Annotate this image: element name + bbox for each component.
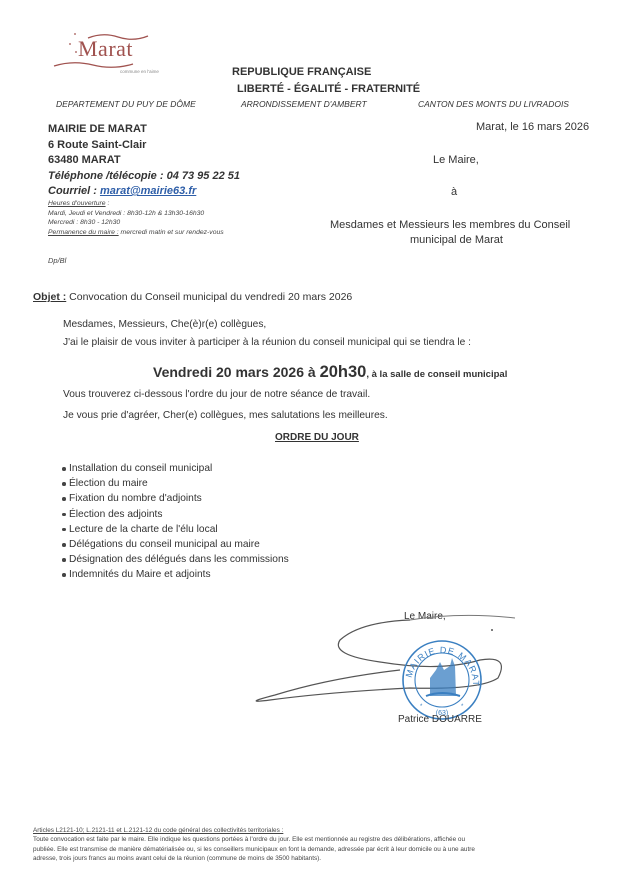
- republic-motto: LIBERTÉ - ÉGALITÉ - FRATERNITÉ: [237, 83, 420, 95]
- sender-city: 63480 MARAT: [48, 153, 240, 169]
- agenda-item: Fixation du nombre d'adjoints: [62, 491, 289, 506]
- legal-line-2: publiée. Elle est transmise de manière d…: [33, 845, 475, 854]
- greeting: Mesdames, Messieurs, Che(è)r(e) collègue…: [63, 319, 266, 330]
- sender-block: MAIRIE DE MARAT 6 Route Saint-Clair 6348…: [48, 122, 240, 200]
- recipient-line-1: Mesdames et Messieurs les membres du Con…: [330, 219, 570, 231]
- republic-title: REPUBLIQUE FRANÇAISE: [232, 66, 371, 78]
- meeting-time: 20h30: [320, 363, 367, 381]
- agenda-item: Désignation des délégués dans les commis…: [62, 552, 289, 567]
- agenda-item: Installation du conseil municipal: [62, 461, 289, 476]
- agenda-item: Indemnités du Maire et adjoints: [62, 567, 289, 582]
- legal-reference: Articles L2121-10; L.2121-11 et L.2121-1…: [33, 826, 475, 835]
- permanence-line: Permanence du maire : mercredi matin et …: [48, 228, 224, 238]
- sender-phone: Téléphone /télécopie : 04 73 95 22 51: [48, 169, 240, 185]
- place-date: Marat, le 16 mars 2026: [476, 121, 589, 133]
- subject-line: Objet : Convocation du Conseil municipal…: [33, 291, 352, 303]
- permanence-label: Permanence du maire :: [48, 229, 119, 236]
- permanence-value: mercredi matin et sur rendez-vous: [119, 229, 224, 236]
- to-word: à: [451, 186, 457, 198]
- mayor-name: Patrice DOUARRE: [398, 714, 482, 725]
- sender-name: MAIRIE DE MARAT: [48, 122, 240, 138]
- official-stamp-icon: MAIRIE DE MARAT (63) * *: [400, 638, 484, 722]
- phone-label: Téléphone /télécopie :: [48, 170, 167, 182]
- meeting-date: Vendredi 20 mars 2026 à: [153, 364, 320, 380]
- legal-footer: Articles L2121-10; L.2121-11 et L.2121-1…: [33, 826, 475, 864]
- agenda-item: Élection du maire: [62, 476, 289, 491]
- agenda-item: Délégations du conseil municipal au mair…: [62, 537, 289, 552]
- hours-line-2: Mercredi : 8h30 - 12h30: [48, 218, 224, 228]
- agenda-list: Installation du conseil municipal Électi…: [62, 461, 289, 583]
- svg-text:*: *: [420, 704, 423, 710]
- opening-hours: Heures d'ouverture : Mardi, Jeudi et Ven…: [48, 199, 224, 237]
- arrondissement-label: ARRONDISSEMENT D'AMBERT: [241, 99, 367, 109]
- from-label: Le Maire,: [433, 154, 479, 166]
- hours-label-suffix: :: [106, 200, 110, 207]
- hours-label: Heures d'ouverture: [48, 200, 106, 207]
- reference-initials: Dp/Bl: [48, 256, 66, 265]
- meeting-place: , à la salle de conseil municipal: [366, 369, 507, 380]
- canton-label: CANTON DES MONTS DU LIVRADOIS: [418, 99, 569, 109]
- hours-heading: Heures d'ouverture :: [48, 199, 224, 209]
- agenda-title: ORDRE DU JOUR: [275, 432, 359, 443]
- recipient-line-2: municipal de Marat: [410, 234, 503, 246]
- sender-street: 6 Route Saint-Clair: [48, 138, 240, 154]
- sender-email: Courriel : marat@mairie63.fr: [48, 184, 240, 200]
- meeting-details: Vendredi 20 mars 2026 à 20h30, à la sall…: [153, 363, 507, 382]
- legal-line-1: Toute convocation est faite par le maire…: [33, 835, 475, 844]
- agenda-item: Lecture de la charte de l'élu local: [62, 522, 289, 537]
- logo-tagline: commune en l'aime: [120, 69, 159, 74]
- hours-line-1: Mardi, Jeudi et Vendredi : 8h30-12h & 13…: [48, 209, 224, 219]
- handwritten-signature-icon: [180, 600, 540, 720]
- subject-label: Objet :: [33, 291, 66, 303]
- email-link[interactable]: marat@mairie63.fr: [100, 185, 196, 197]
- email-label: Courriel :: [48, 185, 100, 197]
- phone-value: 04 73 95 22 51: [167, 170, 240, 182]
- agenda-item: Élection des adjoints: [62, 507, 289, 522]
- closing-salutation: Je vous prie d'agréer, Cher(e) collègues…: [63, 410, 388, 421]
- department-label: DEPARTEMENT DU PUY DE DÔME: [56, 99, 196, 109]
- legal-line-3: adresse, trois jours francs au moins ava…: [33, 854, 475, 863]
- invitation-text: J'ai le plaisir de vous inviter à partic…: [63, 337, 471, 348]
- agenda-intro: Vous trouverez ci-dessous l'ordre du jou…: [63, 389, 370, 400]
- commune-logo: Marat commune en l'aime: [48, 30, 168, 78]
- subject-text: Convocation du Conseil municipal du vend…: [66, 291, 352, 303]
- logo-wordmark: Marat: [78, 36, 133, 62]
- svg-text:*: *: [461, 704, 464, 710]
